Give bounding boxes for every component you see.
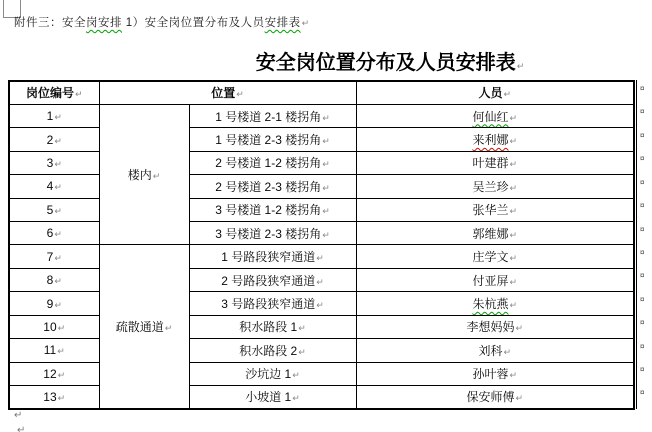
cell-location[interactable]: 2 号楼道 1-2 楼拐角↵ — [189, 151, 356, 174]
cell-person[interactable]: 庄学文↵ — [356, 245, 634, 268]
cell-end-mark-icon: ↵ — [54, 136, 62, 147]
cell-person[interactable]: 朱杭燕↵ — [356, 292, 634, 315]
cell-post-no[interactable]: 12↵ — [9, 362, 99, 385]
cell-location[interactable]: 积水路段 2↵ — [189, 339, 356, 362]
attachment-segment: 1）安全岗位置分布及人员 — [122, 17, 265, 29]
cell-end-mark-icon: ↵ — [509, 230, 517, 241]
cell-post-no[interactable]: 11↵ — [9, 339, 99, 362]
cell-end-mark-icon: ↵ — [54, 253, 62, 264]
cell-end-mark-icon: ↵ — [503, 89, 511, 100]
cell-end-mark-icon: ↵ — [322, 183, 330, 194]
cell-person[interactable]: 孙叶蓉↵ — [356, 362, 634, 385]
cell-end-mark-icon: ↵ — [292, 393, 300, 404]
cell-end-mark-icon: ↵ — [509, 183, 517, 194]
cell-end-mark-icon: ↵ — [54, 159, 62, 170]
row-end-mark-icon: ¤ — [640, 267, 652, 290]
cell-post-no[interactable]: 2↵ — [9, 128, 99, 151]
paragraph-mark-icon: ↵ — [302, 18, 310, 29]
cell-end-mark-icon: ↵ — [298, 323, 306, 334]
cell-end-mark-icon: ↵ — [54, 300, 62, 311]
cell-person[interactable]: 李想妈妈↵ — [356, 315, 634, 338]
cell-end-mark-icon: ↵ — [509, 113, 517, 124]
cell-end-mark-icon: ↵ — [322, 159, 330, 170]
cell-post-no[interactable]: 5↵ — [9, 198, 99, 221]
cell-end-mark-icon: ↵ — [165, 323, 173, 334]
cell-end-mark-icon: ↵ — [153, 171, 161, 182]
cell-end-mark-icon: ↵ — [509, 206, 517, 217]
cell-end-mark-icon: ↵ — [509, 253, 517, 264]
cell-end-mark-icon: ↵ — [57, 346, 65, 357]
cell-end-mark-icon: ↵ — [322, 206, 330, 217]
page-title[interactable]: 安全岗位置分布及人员安排表↵ — [240, 46, 540, 75]
cell-location[interactable]: 1 号路段狭窄通道↵ — [189, 245, 356, 268]
cell-location[interactable]: 3 号楼道 1-2 楼拐角↵ — [189, 198, 356, 221]
header-post-no[interactable]: 岗位编号↵ — [9, 81, 99, 104]
cell-post-no[interactable]: 1↵ — [9, 104, 99, 127]
cell-person[interactable]: 郭维娜↵ — [356, 222, 634, 245]
cell-end-mark-icon: ↵ — [292, 370, 300, 381]
page-title-text: 安全岗位置分布及人员安排表 — [256, 52, 516, 74]
cell-person[interactable]: 叶建群↵ — [356, 151, 634, 174]
cell-end-mark-icon: ↵ — [316, 253, 324, 264]
cell-group-evacuation[interactable]: 疏散通道↵ — [99, 245, 189, 409]
cell-end-mark-icon: ↵ — [58, 370, 66, 381]
row-end-marks: ¤ ¤ ¤ ¤ ¤ ¤ ¤ ¤ ¤ ¤ ¤ ¤ ¤ ¤ — [640, 80, 652, 408]
cell-end-mark-icon: ↵ — [54, 229, 62, 240]
cell-location[interactable]: 沙坑边 1↵ — [189, 362, 356, 385]
cell-post-no[interactable]: 8↵ — [9, 268, 99, 291]
document-page: 附件三：安全岗安排 1）安全岗位置分布及人员安排表↵ 安全岗位置分布及人员安排表… — [0, 0, 652, 432]
paragraph-mark-icon: ↵ — [517, 61, 525, 72]
attachment-segment: 安排表 — [265, 17, 301, 29]
cell-person[interactable]: 张华兰↵ — [356, 198, 634, 221]
cell-end-mark-icon: ↵ — [236, 89, 244, 100]
row-end-mark-icon: ¤ — [640, 127, 652, 150]
cell-end-mark-icon: ↵ — [298, 347, 306, 358]
row-end-mark-icon: ¤ — [640, 103, 652, 126]
row-end-mark-icon: ¤ — [640, 197, 652, 220]
row-end-mark-icon: ¤ — [640, 361, 652, 384]
cell-post-no[interactable]: 10↵ — [9, 315, 99, 338]
cell-location[interactable]: 2 号路段狭窄通道↵ — [189, 268, 356, 291]
row-end-mark-icon: ¤ — [640, 150, 652, 173]
cell-location[interactable]: 小坡道 1↵ — [189, 385, 356, 408]
cell-end-mark-icon: ↵ — [54, 276, 62, 287]
cell-post-no[interactable]: 9↵ — [9, 292, 99, 315]
cell-person[interactable]: 保安师傅↵ — [356, 385, 634, 408]
cell-person[interactable]: 刘科↵ — [356, 339, 634, 362]
row-end-mark-icon: ¤ — [640, 221, 652, 244]
cell-end-mark-icon: ↵ — [54, 112, 62, 123]
cell-end-mark-icon: ↵ — [503, 347, 511, 358]
cell-location[interactable]: 2 号楼道 2-3 楼拐角↵ — [189, 175, 356, 198]
table-row: 7↵ 疏散通道↵ 1 号路段狭窄通道↵ 庄学文↵ — [9, 245, 634, 268]
row-end-mark-icon: ¤ — [640, 244, 652, 267]
header-person[interactable]: 人员↵ — [356, 81, 634, 104]
row-end-mark-icon: ¤ — [640, 338, 652, 361]
cell-end-mark-icon: ↵ — [509, 300, 517, 311]
cell-post-no[interactable]: 3↵ — [9, 151, 99, 174]
cell-end-mark-icon: ↵ — [316, 277, 324, 288]
cell-end-mark-icon: ↵ — [322, 136, 330, 147]
cell-end-mark-icon: ↵ — [54, 206, 62, 217]
cell-end-mark-icon: ↵ — [515, 323, 523, 334]
cell-end-mark-icon: ↵ — [54, 182, 62, 193]
cell-post-no[interactable]: 4↵ — [9, 175, 99, 198]
row-end-mark-icon: ¤ — [640, 314, 652, 337]
table-outer-right-line — [636, 80, 637, 409]
cell-post-no[interactable]: 7↵ — [9, 245, 99, 268]
cell-end-mark-icon: ↵ — [58, 393, 66, 404]
table-row: 1↵ 楼内↵ 1 号楼道 2-1 楼拐角↵ 何仙红↵ — [9, 104, 634, 127]
header-location[interactable]: 位置↵ — [99, 81, 356, 104]
cell-end-mark-icon: ↵ — [509, 370, 517, 381]
cell-end-mark-icon: ↵ — [75, 89, 83, 100]
row-end-mark-icon: ¤ — [640, 80, 652, 103]
attachment-heading[interactable]: 附件三：安全岗安排 1）安全岗位置分布及人员安排表↵ — [14, 14, 310, 30]
paragraph-mark-icon[interactable]: ↵ — [14, 410, 22, 421]
cell-person[interactable]: 吴兰珍↵ — [356, 175, 634, 198]
cell-person[interactable]: 来利娜↵ — [356, 128, 634, 151]
cell-end-mark-icon: ↵ — [515, 393, 523, 404]
cell-location[interactable]: 积水路段 1↵ — [189, 315, 356, 338]
cell-post-no[interactable]: 13↵ — [9, 385, 99, 408]
row-end-mark-icon: ¤ — [640, 291, 652, 314]
cell-person[interactable]: 付亚屏↵ — [356, 268, 634, 291]
cell-person[interactable]: 何仙红↵ — [356, 104, 634, 127]
cell-location[interactable]: 1 号楼道 2-1 楼拐角↵ — [189, 104, 356, 127]
cell-end-mark-icon: ↵ — [322, 230, 330, 241]
attachment-segment: 岗安排 — [86, 17, 122, 29]
row-end-mark-icon: ¤ — [640, 384, 652, 407]
attachment-segment: 附件三：安全 — [14, 17, 86, 29]
cell-end-mark-icon: ↵ — [509, 159, 517, 170]
cell-location[interactable]: 1 号楼道 2-3 楼拐角↵ — [189, 128, 356, 151]
cell-end-mark-icon: ↵ — [509, 136, 517, 147]
cell-end-mark-icon: ↵ — [509, 277, 517, 288]
cell-location[interactable]: 3 号路段狭窄通道↵ — [189, 292, 356, 315]
paragraph-mark-icon: ↵ — [17, 425, 25, 432]
cell-group-indoor[interactable]: 楼内↵ — [99, 104, 189, 245]
row-end-mark-icon: ¤ — [640, 174, 652, 197]
cell-end-mark-icon: ↵ — [316, 300, 324, 311]
cell-end-mark-icon: ↵ — [58, 323, 66, 334]
safety-post-table: 岗位编号↵ 位置↵ 人员↵ 1↵ 楼内↵ 1 号楼道 2-1 楼拐角↵ 何仙红↵… — [8, 80, 635, 410]
table-header-row: 岗位编号↵ 位置↵ 人员↵ — [9, 81, 634, 104]
cell-location[interactable]: 3 号楼道 2-3 楼拐角↵ — [189, 222, 356, 245]
cell-end-mark-icon: ↵ — [322, 113, 330, 124]
cell-post-no[interactable]: 6↵ — [9, 222, 99, 245]
